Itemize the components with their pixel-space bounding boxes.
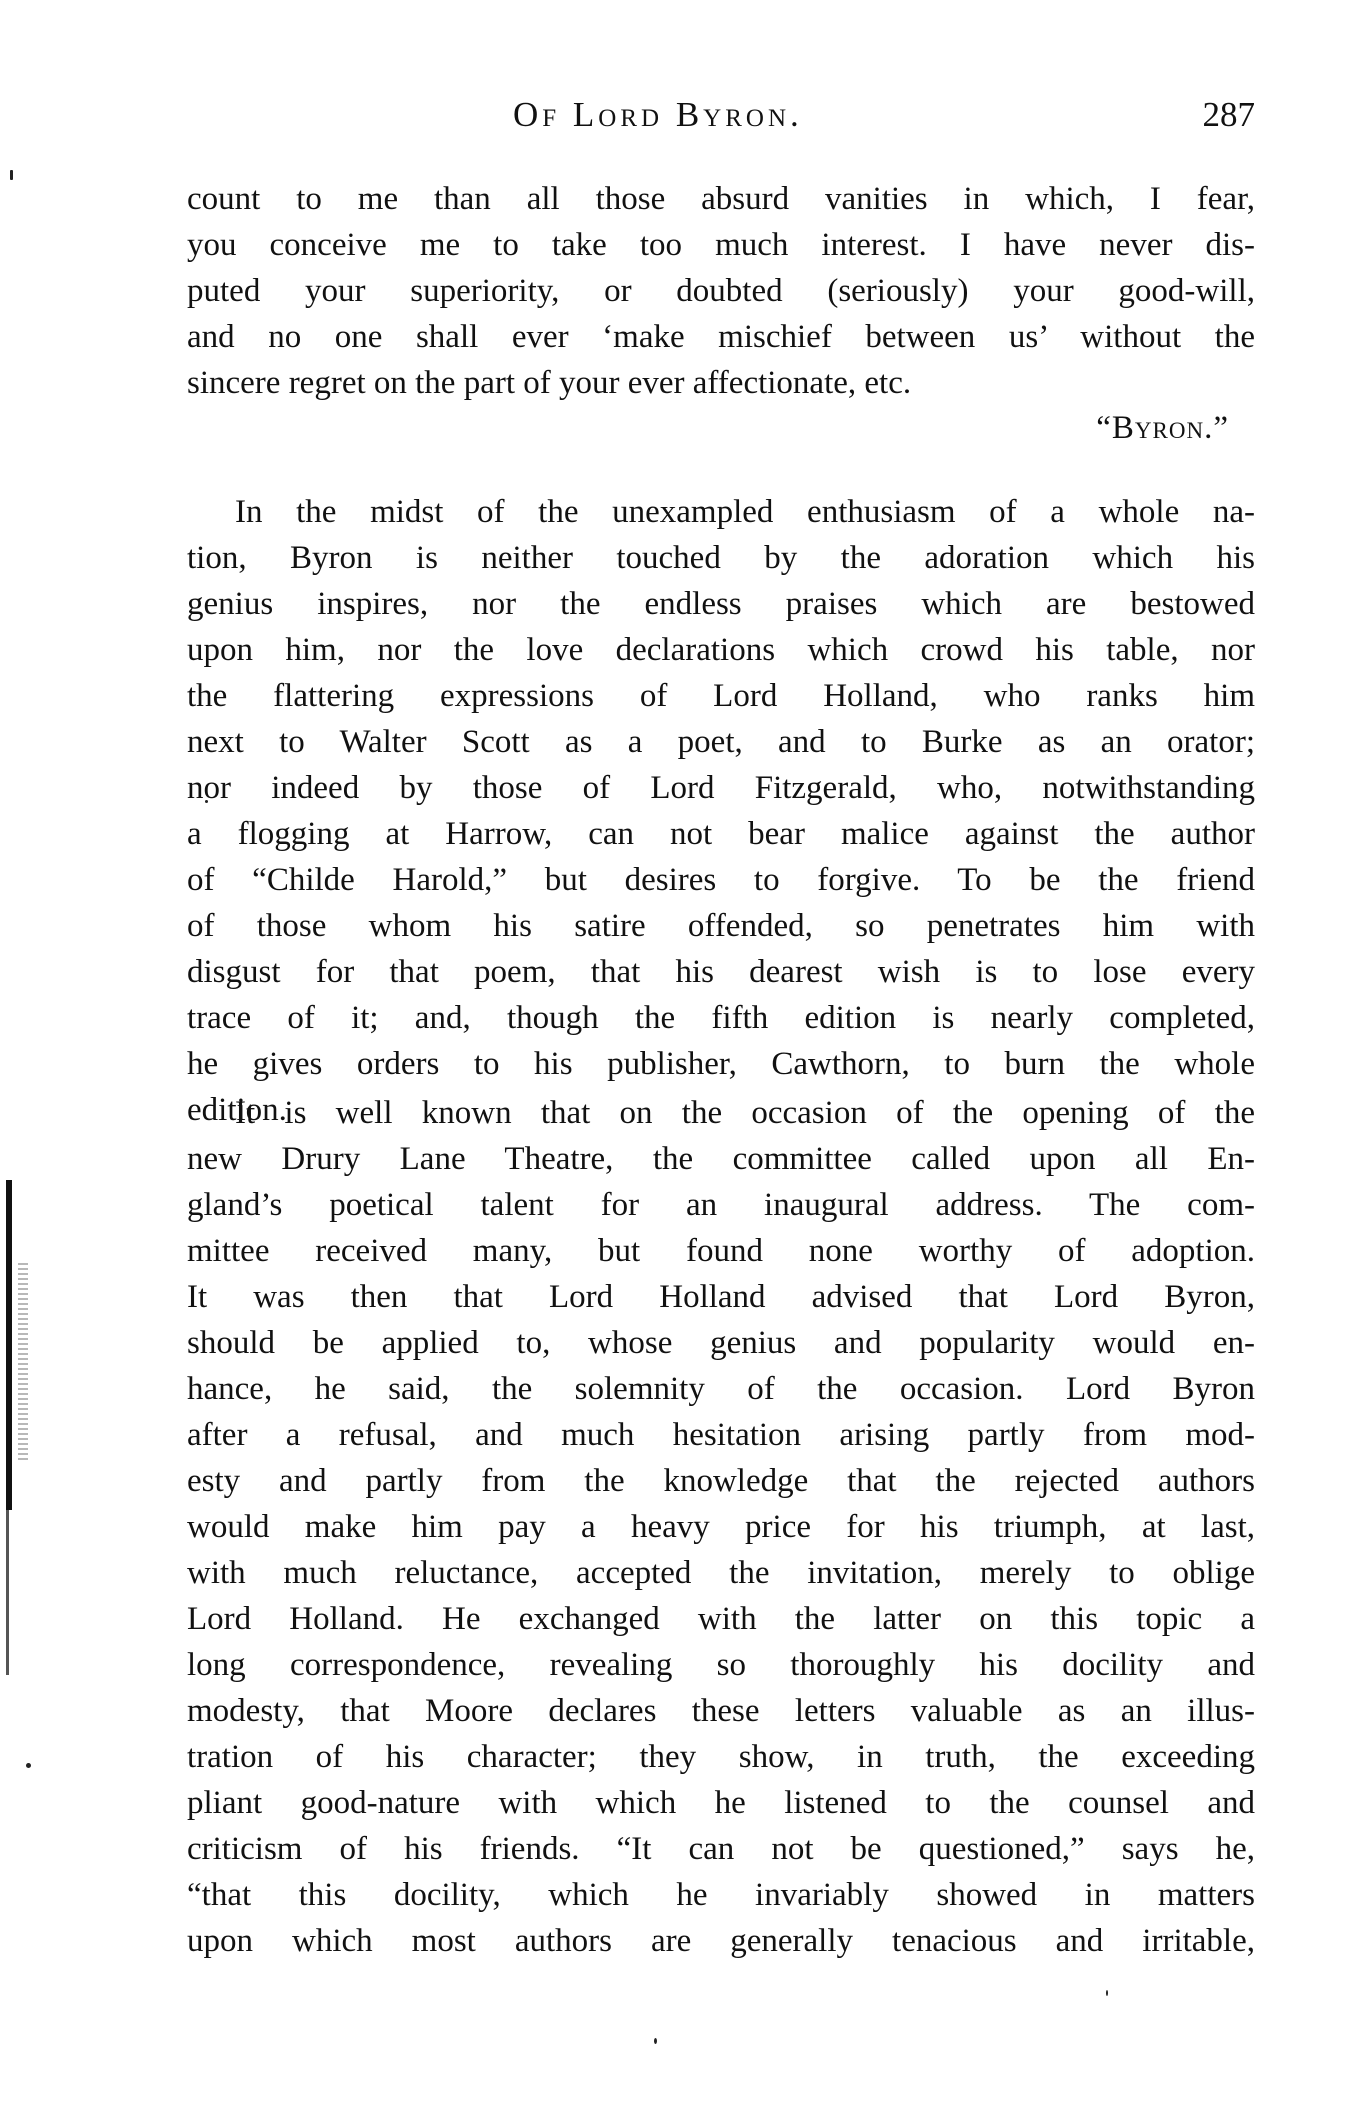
text-line: Lord Holland. He exchanged with the latt… (187, 1596, 1255, 1642)
running-title: Of Lord Byron. (513, 95, 803, 135)
text-line: of those whom his satire offended, so pe… (187, 903, 1255, 949)
scan-speck (26, 1763, 31, 1768)
text-line: a flogging at Harrow, can not bear malic… (187, 811, 1255, 857)
text-line: should be applied to, whose genius and p… (187, 1320, 1255, 1366)
text-line: trace of it; and, though the fifth editi… (187, 995, 1255, 1041)
text-line: count to me than all those absurd vaniti… (187, 176, 1255, 222)
binding-speckle (18, 1260, 28, 1460)
text-line: hance, he said, the solemnity of the occ… (187, 1366, 1255, 1412)
text-line: disgust for that poem, that his dearest … (187, 949, 1255, 995)
text-line: genius inspires, nor the endless praises… (187, 581, 1255, 627)
text-line: upon which most authors are generally te… (187, 1918, 1255, 1964)
paragraph: It is well known that on the occasion of… (187, 1090, 1255, 1964)
text-line: nor indeed by those of Lord Fitzgerald, … (187, 765, 1255, 811)
text-line: the flattering expressions of Lord Holla… (187, 673, 1255, 719)
text-line: tion, Byron is neither touched by the ad… (187, 535, 1255, 581)
text-line: after a refusal, and much hesitation ari… (187, 1412, 1255, 1458)
binding-edge-shadow-lower (6, 1510, 9, 1675)
text-line: would make him pay a heavy price for his… (187, 1504, 1255, 1550)
scan-speck (1106, 1990, 1108, 1996)
running-head: Of Lord Byron. 287 (185, 95, 1255, 139)
text-line: new Drury Lane Theatre, the committee ca… (187, 1136, 1255, 1182)
text-line: you conceive me to take too much interes… (187, 222, 1255, 268)
text-line: long correspondence, revealing so thorou… (187, 1642, 1255, 1688)
text-line: gland’s poetical talent for an inaugural… (187, 1182, 1255, 1228)
text-line: sincere regret on the part of your ever … (187, 360, 1255, 406)
binding-edge-shadow (6, 1180, 12, 1510)
text-line: pliant good-nature with which he listene… (187, 1780, 1255, 1826)
scan-speck (654, 2038, 657, 2044)
text-line: mittee received many, but found none wor… (187, 1228, 1255, 1274)
text-line: modesty, that Moore declares these lette… (187, 1688, 1255, 1734)
text-line: It was then that Lord Holland advised th… (187, 1274, 1255, 1320)
text-line: he gives orders to his publisher, Cawtho… (187, 1041, 1255, 1087)
text-line: puted your superiority, or doubted (seri… (187, 268, 1255, 314)
scan-speck (10, 170, 13, 180)
text-line: criticism of his friends. “It can not be… (187, 1826, 1255, 1872)
text-line: “that this docility, which he invariably… (187, 1872, 1255, 1918)
text-line: tration of his character; they show, in … (187, 1734, 1255, 1780)
text-line: In the midst of the unexampled enthusias… (187, 489, 1255, 535)
text-line: next to Walter Scott as a poet, and to B… (187, 719, 1255, 765)
text-line: with much reluctance, accepted the invit… (187, 1550, 1255, 1596)
text-line: upon him, nor the love declarations whic… (187, 627, 1255, 673)
text-line: It is well known that on the occasion of… (187, 1090, 1255, 1136)
letter-signature: “Byron.” (1096, 410, 1229, 447)
paragraph: In the midst of the unexampled enthusias… (187, 489, 1255, 1133)
text-line: and no one shall ever ‘make mischief bet… (187, 314, 1255, 360)
page-number: 287 (1203, 95, 1256, 135)
text-line: esty and partly from the knowledge that … (187, 1458, 1255, 1504)
text-line: of “Childe Harold,” but desires to forgi… (187, 857, 1255, 903)
letter-excerpt: count to me than all those absurd vaniti… (187, 176, 1255, 406)
